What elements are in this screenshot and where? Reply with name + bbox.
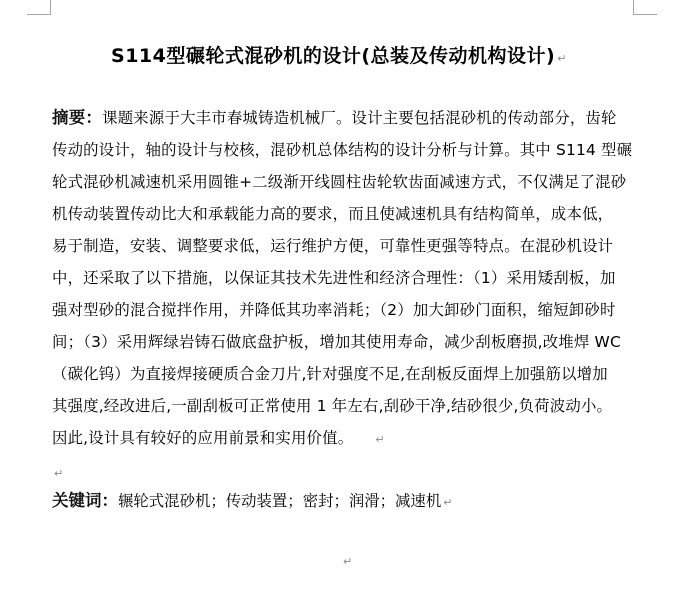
paragraph-mark-icon: ↵ [343, 555, 352, 568]
abstract-text: 课题来源于大丰市春城铸造机械厂。设计主要包括混砂机的传动部分，齿轮 [102, 109, 617, 127]
title-text: S114型碾轮式混砂机的设计(总装及传动机构设计) [111, 45, 555, 67]
abstract-line: 传动的设计，轴的设计与校核，混砂机总体结构的设计分析与计算。其中 S114 型碾 [52, 136, 642, 168]
abstract-text: 因此,设计具有较好的应用前景和实用价值。 [52, 429, 353, 447]
empty-paragraph: ↵ [52, 462, 63, 481]
end-paragraph: ↵ [341, 550, 352, 569]
keywords-label: 关键词： [52, 491, 118, 510]
abstract-line: 易于制造，安装、调整要求低，运行维护方便，可靠性更强等特点。在混砂机设计 [52, 232, 642, 264]
paragraph-mark-icon: ↵ [443, 496, 452, 509]
abstract-section: 摘要：课题来源于大丰市春城铸造机械厂。设计主要包括混砂机的传动部分，齿轮 传动的… [52, 104, 642, 456]
abstract-line: 摘要：课题来源于大丰市春城铸造机械厂。设计主要包括混砂机的传动部分，齿轮 [52, 104, 642, 136]
page-corner-mark-top-right [633, 0, 657, 15]
abstract-line: （碳化钨）为直接焊接硬质合金刀片,针对强度不足,在刮板反面焊上加强筋以增加 [52, 360, 642, 392]
document-title: S114型碾轮式混砂机的设计(总装及传动机构设计)↵ [0, 41, 678, 68]
page-corner-mark-top-left [27, 0, 51, 15]
paragraph-mark-icon: ↵ [557, 52, 567, 65]
keywords-section: 关键词：辗轮式混砂机；传动装置；密封；润滑；减速机↵ [52, 487, 452, 517]
abstract-line: 轮式混砂机减速机采用圆锥+二级渐开线圆柱齿轮软齿面减速方式，不仅满足了混砂 [52, 168, 642, 200]
paragraph-mark-icon: ↵ [54, 467, 63, 480]
abstract-line: 间；（3）采用辉绿岩铸石做底盘护板，增加其使用寿命，减少刮板磨损,改堆焊 WC [52, 328, 642, 360]
abstract-line: 强对型砂的混合搅拌作用，并降低其功率消耗；（2）加大卸砂门面积，缩短卸砂时 [52, 296, 642, 328]
abstract-line: 其强度,经改进后,一副刮板可正常使用 1 年左右,刮砂干净,结砂很少,负荷波动小… [52, 392, 642, 424]
keywords-text: 辗轮式混砂机；传动装置；密封；润滑；减速机 [118, 492, 441, 510]
paragraph-mark-icon: ↵ [375, 433, 384, 446]
abstract-label: 摘要： [52, 108, 102, 127]
abstract-line: 中，还采取了以下措施，以保证其技术先进性和经济合理性：（1）采用矮刮板，加 [52, 264, 642, 296]
abstract-line: 机传动装置传动比大和承载能力高的要求，而且使减速机具有结构简单，成本低， [52, 200, 642, 232]
abstract-line: 因此,设计具有较好的应用前景和实用价值。↵ [52, 424, 642, 456]
